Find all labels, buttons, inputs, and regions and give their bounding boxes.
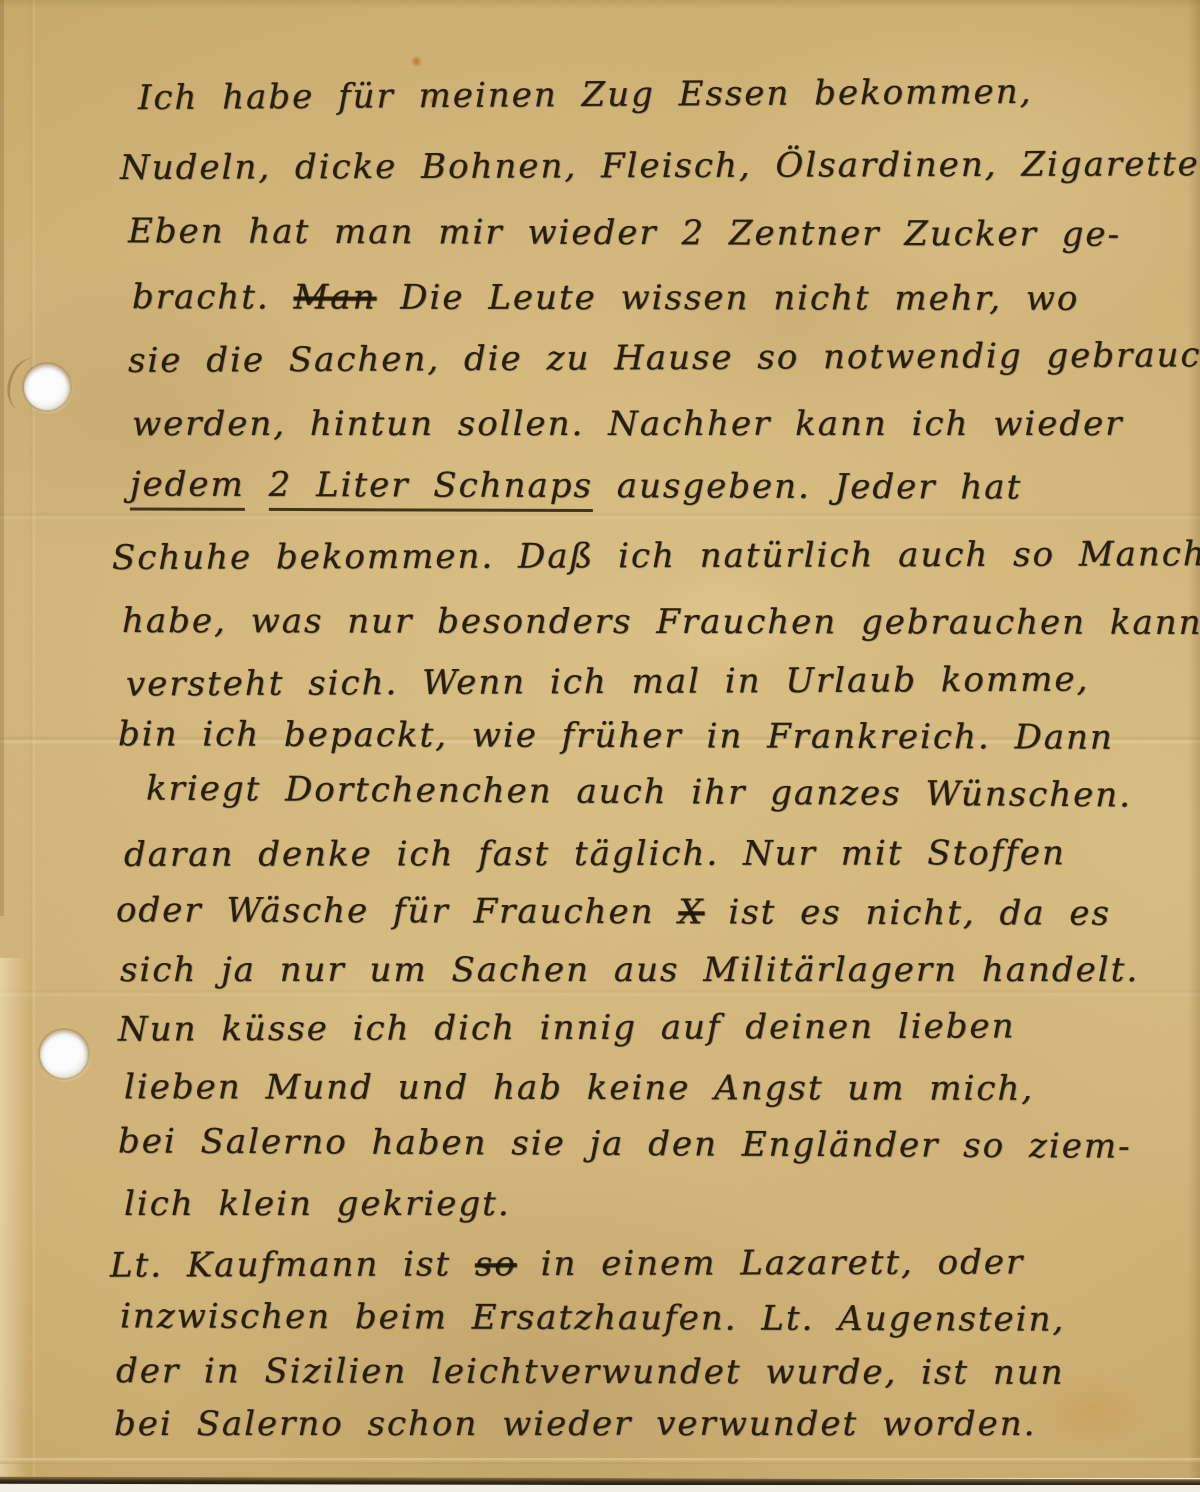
- text-segment: Eben hat man mir wieder 2 Zentner Zucker…: [128, 211, 1121, 254]
- text-segment: [245, 465, 269, 505]
- handwritten-line-9: habe, was nur besonders Frauchen gebrauc…: [122, 601, 1200, 644]
- handwritten-line-2: Nudeln, dicke Bohnen, Fleisch, Ölsardine…: [120, 144, 1200, 189]
- text-segment: lieben Mund und hab keine Angst um mich,: [124, 1067, 1034, 1109]
- text-segment: daran denke ich fast täglich. Nur mit St…: [124, 833, 1066, 875]
- handwritten-line-17: lieben Mund und hab keine Angst um mich,: [124, 1067, 1034, 1109]
- text-segment: Lt. Kaufmann ist: [110, 1244, 475, 1285]
- scanned-handwritten-letter: Ich habe für meinen Zug Essen bekommen, …: [0, 0, 1200, 1492]
- handwritten-line-11: bin ich bepackt, wie früher in Frankreic…: [118, 714, 1114, 758]
- left-edge-shadow: [0, 0, 4, 916]
- text-segment: sie die Sachen, die zu Hause so notwendi…: [128, 335, 1200, 381]
- handwritten-line-18: bei Salerno haben sie ja den Engländer s…: [118, 1121, 1132, 1167]
- handwritten-line-20: Lt. Kaufmann ist so in einem Lazarett, o…: [110, 1242, 1024, 1286]
- text-segment: Nudeln, dicke Bohnen, Fleisch, Ölsardine…: [120, 144, 1200, 188]
- left-edge-highlight: [0, 958, 26, 1478]
- handwritten-line-16: Nun küsse ich dich innig auf deinen lieb…: [118, 1006, 1016, 1050]
- text-segment: oder Wäsche für Frauchen: [116, 890, 678, 932]
- text-segment: bin ich bepackt, wie früher in Frankreic…: [118, 714, 1114, 757]
- handwritten-line-5: sie die Sachen, die zu Hause so notwendi…: [128, 335, 1200, 382]
- text-segment: lich klein gekriegt.: [124, 1184, 511, 1224]
- punch-hole-top-icon: [24, 364, 70, 410]
- handwritten-line-4: bracht. Man Die Leute wissen nicht mehr,…: [132, 277, 1079, 319]
- handwritten-line-10: versteht sich. Wenn ich mal in Urlaub ko…: [126, 659, 1090, 705]
- text-segment: werden, hintun sollen. Nachher kann ich …: [132, 404, 1123, 444]
- text-segment: habe, was nur besonders Frauchen gebrauc…: [122, 601, 1200, 643]
- text-segment: bracht.: [132, 277, 294, 317]
- text-segment: bei Salerno haben sie ja den Engländer s…: [118, 1121, 1132, 1166]
- handwritten-line-15: sich ja nur um Sachen aus Militärlagern …: [120, 950, 1139, 991]
- handwritten-line-12: kriegt Dortchenchen auch ihr ganzes Wüns…: [146, 769, 1132, 817]
- handwritten-line-13: daran denke ich fast täglich. Nur mit St…: [124, 833, 1066, 875]
- text-segment: ausgeben. Jeder hat: [593, 466, 1022, 507]
- paper-bottom-rim: [0, 1458, 1200, 1464]
- text-segment: inzwischen beim Ersatzhaufen. Lt. Augens…: [120, 1296, 1065, 1339]
- handwritten-line-6: werden, hintun sollen. Nachher kann ich …: [132, 404, 1123, 445]
- text-segment: Die Leute wissen nicht mehr, wo: [376, 278, 1079, 319]
- text-segment: Schuhe bekommen. Daß ich natürlich auch …: [112, 534, 1200, 578]
- text-segment: bei Salerno schon wieder verwundet worde…: [114, 1404, 1036, 1444]
- top-edge-shadow: [0, 0, 1200, 8]
- fold-crease-horizontal-1: [0, 511, 1200, 520]
- text-segment: in einem Lazarett, oder: [517, 1242, 1025, 1284]
- handwritten-line-23: bei Salerno schon wieder verwundet worde…: [114, 1404, 1036, 1445]
- handwritten-line-1: Ich habe für meinen Zug Essen bekommen,: [138, 72, 1033, 119]
- rust-stain-1: [410, 56, 423, 67]
- handwritten-line-19: lich klein gekriegt.: [124, 1184, 511, 1225]
- text-segment: sich ja nur um Sachen aus Militärlagern …: [120, 950, 1139, 990]
- handwritten-line-3: Eben hat man mir wieder 2 Zentner Zucker…: [128, 211, 1121, 255]
- fold-crease-vertical: [28, 0, 36, 1478]
- letter-paper: Ich habe für meinen Zug Essen bekommen, …: [0, 0, 1200, 1478]
- text-segment: ist es nicht, da es: [704, 892, 1111, 933]
- right-edge-shadow: [1188, 0, 1200, 1478]
- text-segment: Ich habe für meinen Zug Essen bekommen,: [138, 72, 1033, 118]
- handwritten-line-7: jedem 2 Liter Schnaps ausgeben. Jeder ha…: [130, 464, 1022, 508]
- text-segment: versteht sich. Wenn ich mal in Urlaub ko…: [126, 659, 1090, 704]
- underlined-phrase: 2 Liter Schnaps: [269, 465, 594, 512]
- handwritten-line-8: Schuhe bekommen. Daß ich natürlich auch …: [112, 534, 1200, 579]
- struck-mark: X: [678, 892, 704, 932]
- punch-hole-bottom-icon: [40, 1030, 88, 1078]
- scanner-background-strip: [0, 1485, 1200, 1492]
- underlined-word: jedem: [130, 464, 245, 510]
- handwritten-line-22: der in Sizilien leichtverwundet wurde, i…: [116, 1351, 1065, 1393]
- struck-word: Man: [293, 277, 376, 317]
- struck-word: so: [475, 1244, 517, 1284]
- handwritten-line-21: inzwischen beim Ersatzhaufen. Lt. Augens…: [120, 1296, 1065, 1340]
- text-segment: Nun küsse ich dich innig auf deinen lieb…: [118, 1006, 1016, 1049]
- text-segment: der in Sizilien leichtverwundet wurde, i…: [116, 1351, 1065, 1393]
- text-segment: kriegt Dortchenchen auch ihr ganzes Wüns…: [146, 769, 1132, 816]
- handwritten-line-14: oder Wäsche für Frauchen X ist es nicht,…: [116, 890, 1111, 934]
